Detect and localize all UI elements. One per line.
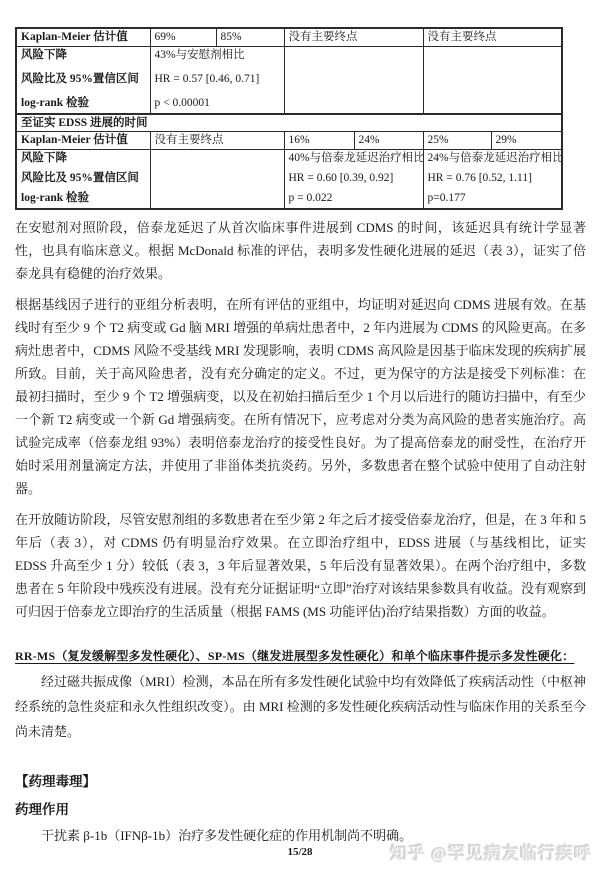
pharmacology-toxicology-title: 【药理毒理】 — [15, 770, 586, 790]
logrank-value: p=0.177 — [428, 191, 558, 205]
km-value-cell: 25% — [423, 132, 491, 150]
empty-cell — [150, 150, 284, 209]
table-section-header-row: 至证实 EDSS 进展的时间 — [16, 114, 562, 132]
efficacy-table: Kaplan-Meier 估计值 69% 85% 没有主要终点 没有主要终点 风… — [15, 27, 563, 210]
km-value-cell: 没有主要终点 — [284, 28, 423, 46]
risk-reduction-value: 24%与倍泰龙延迟治疗相比 — [428, 151, 558, 165]
table-row-risk-part1: 风险下降 风险比及 95%置信区间 log-rank 检验 43%与安慰剂相比 … — [16, 46, 562, 114]
km-value-cell: 24% — [354, 132, 423, 150]
ms-types-heading: RR-MS（复发缓解型多发性硬化）、SP-MS（继发进展型多发性硬化）和单个临床… — [15, 647, 586, 664]
risk-labels-cell: 风险下降 风险比及 95%置信区间 log-rank 检验 — [16, 150, 150, 209]
zhihu-watermark: 知乎 @罕见病友临行疾呼 — [390, 839, 592, 864]
logrank-value: p < 0.00001 — [155, 96, 280, 110]
document-body: 在安慰剂对照阶段，倍泰龙延迟了从首次临床事件进展到 CDMS 的时间，该延迟具有… — [15, 216, 586, 847]
empty-cell — [423, 46, 562, 114]
hazard-ratio-label: 风险比及 95%置信区间 — [21, 72, 146, 86]
km-value-cell: 29% — [491, 132, 562, 150]
empty-cell — [284, 46, 423, 114]
km-estimate-label: Kaplan-Meier 估计值 — [16, 132, 150, 150]
km-value-cell: 85% — [216, 28, 284, 46]
risk-reduction-value: 43%与安慰剂相比 — [155, 48, 280, 62]
paragraph-subgroup-analysis: 根据基线因子进行的亚组分析表明，在所有评估的亚组中，均证明对延迟向 CDMS 进… — [15, 293, 586, 500]
hazard-ratio-value: HR = 0.60 [0.39, 0.92] — [289, 171, 419, 185]
km-value-cell: 没有主要终点 — [423, 28, 562, 46]
km-value-cell: 16% — [284, 132, 354, 150]
risk-labels-cell: 风险下降 风险比及 95%置信区间 log-rank 检验 — [16, 46, 150, 114]
logrank-label: log-rank 检验 — [21, 191, 146, 205]
hazard-ratio-label: 风险比及 95%置信区间 — [21, 171, 146, 185]
km-value-cell: 没有主要终点 — [150, 132, 284, 150]
risk-values-cell: 40%与倍泰龙延迟治疗相比 HR = 0.60 [0.39, 0.92] p =… — [284, 150, 423, 209]
paragraph-placebo-phase: 在安慰剂对照阶段，倍泰龙延迟了从首次临床事件进展到 CDMS 的时间，该延迟具有… — [15, 216, 586, 285]
paragraph-open-followup: 在开放随访阶段，尽管安慰剂组的多数患者在至少第 2 年之后才接受倍泰龙治疗，但是… — [15, 508, 586, 623]
risk-values-cell: 43%与安慰剂相比 HR = 0.57 [0.46, 0.71] p < 0.0… — [150, 46, 284, 114]
edss-section-header: 至证实 EDSS 进展的时间 — [16, 114, 562, 132]
table-row-risk-part2: 风险下降 风险比及 95%置信区间 log-rank 检验 40%与倍泰龙延迟治… — [16, 150, 562, 209]
table-row-km-part2: Kaplan-Meier 估计值 没有主要终点 16% 24% 25% 29% — [16, 132, 562, 150]
paragraph-mri-detection: 经过磁共振成像（MRI）检测，本品在所有多发性硬化试验中均有效降低了疾病活动性（… — [15, 669, 586, 744]
risk-values-cell: 24%与倍泰龙延迟治疗相比 HR = 0.76 [0.52, 1.11] p=0… — [423, 150, 562, 209]
hazard-ratio-value: HR = 0.76 [0.52, 1.11] — [428, 171, 558, 185]
document-page: Kaplan-Meier 估计值 69% 85% 没有主要终点 没有主要终点 风… — [0, 0, 600, 872]
km-estimate-label: Kaplan-Meier 估计值 — [16, 28, 150, 46]
table-row-km-part1: Kaplan-Meier 估计值 69% 85% 没有主要终点 没有主要终点 — [16, 28, 562, 46]
km-value-cell: 69% — [150, 28, 216, 46]
risk-reduction-value: 40%与倍泰龙延迟治疗相比 — [289, 151, 419, 165]
logrank-value: p = 0.022 — [289, 191, 419, 205]
pharmacologic-action-title: 药理作用 — [15, 798, 586, 818]
hazard-ratio-value: HR = 0.57 [0.46, 0.71] — [155, 72, 280, 86]
risk-reduction-label: 风险下降 — [21, 48, 146, 62]
logrank-label: log-rank 检验 — [21, 96, 146, 110]
risk-reduction-label: 风险下降 — [21, 151, 146, 165]
